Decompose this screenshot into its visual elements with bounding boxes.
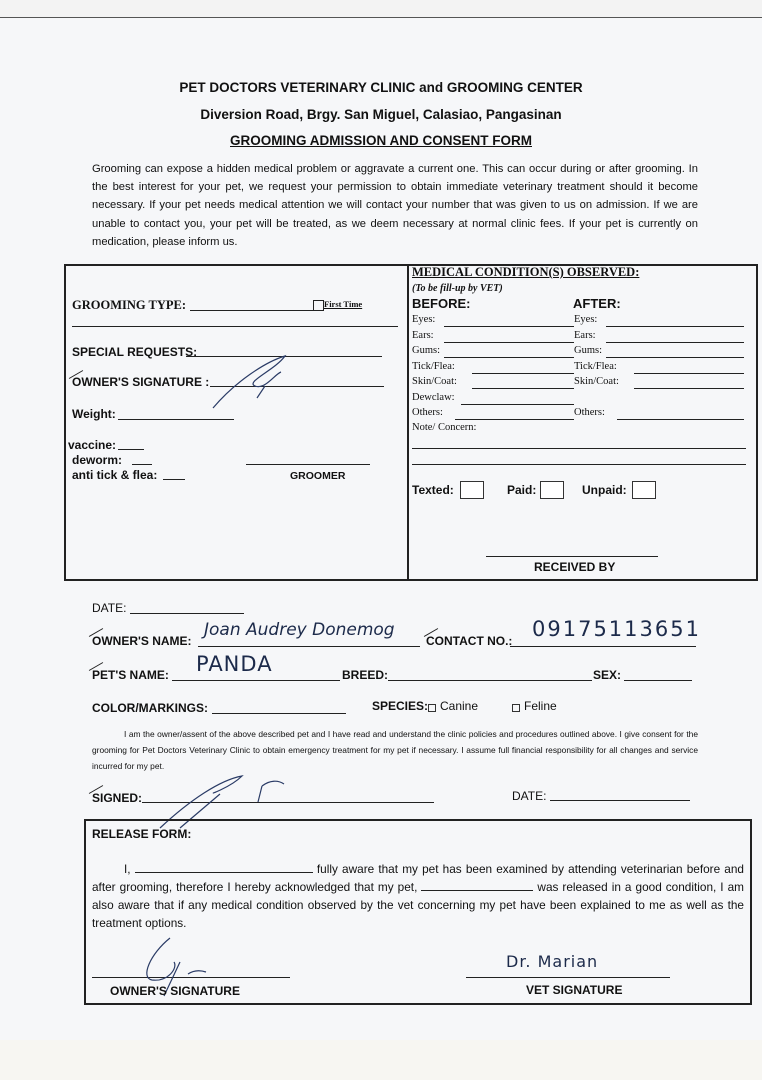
pet-name-value[interactable]: PANDA bbox=[196, 652, 273, 676]
texted-label: Texted: bbox=[412, 483, 454, 497]
after-field-input[interactable] bbox=[634, 373, 744, 374]
unpaid-checkbox[interactable] bbox=[632, 481, 656, 499]
after-field-input[interactable] bbox=[617, 419, 744, 420]
clinic-address: Diversion Road, Brgy. San Miguel, Calasi… bbox=[0, 107, 762, 122]
before-field-input[interactable] bbox=[444, 357, 574, 358]
species-feline-label: Feline bbox=[524, 699, 557, 713]
release-owner-signature-label: OWNER'S SIGNATURE bbox=[110, 984, 240, 998]
owner-signature-label: OWNER'S SIGNATURE : bbox=[72, 375, 209, 389]
medical-title: MEDICAL CONDITION(S) OBSERVED: bbox=[412, 265, 639, 280]
note-line-2[interactable] bbox=[412, 464, 746, 465]
paid-checkbox[interactable] bbox=[540, 481, 564, 499]
before-label: BEFORE: bbox=[412, 296, 471, 311]
release-text-1: I, bbox=[124, 862, 131, 876]
before-field-label: Skin/Coat: bbox=[412, 376, 457, 387]
owner-name-field[interactable] bbox=[198, 646, 420, 647]
color-markings-label: COLOR/MARKINGS: bbox=[92, 701, 208, 715]
vet-signature-field[interactable] bbox=[466, 977, 670, 978]
before-field-input[interactable] bbox=[461, 404, 574, 405]
grooming-type-field[interactable] bbox=[190, 310, 314, 311]
release-text: I, fully aware that my pet has been exam… bbox=[92, 860, 744, 932]
after-field-label: Tick/Flea: bbox=[574, 361, 617, 372]
intro-paragraph: Grooming can expose a hidden medical pro… bbox=[92, 160, 698, 251]
deworm-label: deworm: bbox=[72, 453, 122, 467]
release-pet-name-field[interactable] bbox=[421, 880, 533, 891]
consent-date-field[interactable] bbox=[550, 800, 690, 801]
deworm-field[interactable] bbox=[132, 464, 152, 465]
owner-name-label: OWNER'S NAME: bbox=[92, 634, 192, 648]
before-field-input[interactable] bbox=[472, 388, 574, 389]
before-field-label: Ears: bbox=[412, 330, 434, 341]
first-time-checkbox[interactable] bbox=[313, 300, 324, 311]
species-feline-checkbox[interactable] bbox=[512, 704, 520, 712]
date-field[interactable] bbox=[130, 613, 244, 614]
pet-name-label: PET'S NAME: bbox=[92, 668, 169, 682]
consent-text: I am the owner/assent of the above descr… bbox=[92, 726, 698, 774]
after-field-label: Ears: bbox=[574, 330, 596, 341]
after-field-input[interactable] bbox=[606, 342, 744, 343]
contact-value[interactable]: 09175113651 bbox=[532, 617, 701, 641]
before-field-label: Eyes: bbox=[412, 314, 435, 325]
signed-label: SIGNED: bbox=[92, 791, 142, 805]
consent-date-label: DATE: bbox=[512, 789, 546, 803]
before-field-input[interactable] bbox=[455, 419, 574, 420]
box-divider bbox=[407, 264, 409, 579]
after-label: AFTER: bbox=[573, 296, 621, 311]
before-field-label: Tick/Flea: bbox=[412, 361, 455, 372]
received-by-label: RECEIVED BY bbox=[534, 560, 615, 574]
pet-name-field[interactable] bbox=[172, 680, 340, 681]
vaccine-label: vaccine: bbox=[68, 438, 116, 452]
owner-signature-scribble bbox=[205, 352, 295, 412]
release-title: RELEASE FORM: bbox=[92, 827, 191, 841]
vet-signature-value[interactable]: Dr. Marian bbox=[506, 952, 598, 971]
before-field-label: Gums: bbox=[412, 345, 440, 356]
note-line-1[interactable] bbox=[412, 448, 746, 449]
form-title: GROOMING ADMISSION AND CONSENT FORM bbox=[230, 133, 532, 148]
special-requests-label: SPECIAL REQUESTS: bbox=[72, 345, 197, 359]
sex-field[interactable] bbox=[624, 680, 692, 681]
before-field-input[interactable] bbox=[444, 326, 574, 327]
grooming-type-label: GROOMING TYPE: bbox=[72, 298, 186, 313]
owner-name-value[interactable]: Joan Audrey Donemog bbox=[204, 620, 395, 640]
after-field-label: Others: bbox=[574, 407, 605, 418]
scan-top-edge bbox=[0, 0, 762, 18]
contact-field[interactable] bbox=[510, 646, 696, 647]
vet-signature-label: VET SIGNATURE bbox=[526, 983, 622, 997]
weight-field[interactable] bbox=[118, 419, 234, 420]
first-time-label: First Time bbox=[324, 299, 362, 309]
paid-label: Paid: bbox=[507, 483, 536, 497]
grooming-type-line-2[interactable] bbox=[72, 326, 398, 327]
release-owner-name-field[interactable] bbox=[135, 862, 313, 873]
after-field-input[interactable] bbox=[634, 388, 744, 389]
color-markings-field[interactable] bbox=[212, 713, 346, 714]
texted-checkbox[interactable] bbox=[460, 481, 484, 499]
breed-label: BREED: bbox=[342, 668, 388, 682]
clinic-name: PET DOCTORS VETERINARY CLINIC and GROOMI… bbox=[0, 80, 762, 95]
before-field-input[interactable] bbox=[444, 342, 574, 343]
after-field-input[interactable] bbox=[606, 357, 744, 358]
groomer-signature-field[interactable] bbox=[246, 464, 370, 465]
contact-label: CONTACT NO.: bbox=[426, 634, 512, 648]
anti-tick-flea-field[interactable] bbox=[163, 479, 185, 480]
after-field-input[interactable] bbox=[606, 326, 744, 327]
after-field-label: Skin/Coat: bbox=[574, 376, 619, 387]
groomer-label: GROOMER bbox=[290, 470, 345, 482]
anti-tick-flea-label: anti tick & flea: bbox=[72, 468, 157, 482]
scan-bottom-edge bbox=[0, 1040, 762, 1080]
species-canine-checkbox[interactable] bbox=[428, 704, 436, 712]
before-field-label: Others: bbox=[412, 407, 443, 418]
species-label: SPECIES: bbox=[372, 699, 428, 713]
sex-label: SEX: bbox=[593, 668, 621, 682]
after-field-label: Eyes: bbox=[574, 314, 597, 325]
before-field-input[interactable] bbox=[472, 373, 574, 374]
after-field-label: Gums: bbox=[574, 345, 602, 356]
before-field-label: Dewclaw: bbox=[412, 392, 455, 403]
weight-label: Weight: bbox=[72, 407, 116, 421]
breed-field[interactable] bbox=[388, 680, 592, 681]
species-canine-label: Canine bbox=[440, 699, 478, 713]
date-label: DATE: bbox=[92, 601, 126, 615]
vaccine-field[interactable] bbox=[118, 449, 144, 450]
received-by-field[interactable] bbox=[486, 556, 658, 557]
unpaid-label: Unpaid: bbox=[582, 483, 627, 497]
medical-subtitle: (To be fill-up by VET) bbox=[412, 283, 503, 294]
note-concern-label: Note/ Concern: bbox=[412, 422, 476, 433]
